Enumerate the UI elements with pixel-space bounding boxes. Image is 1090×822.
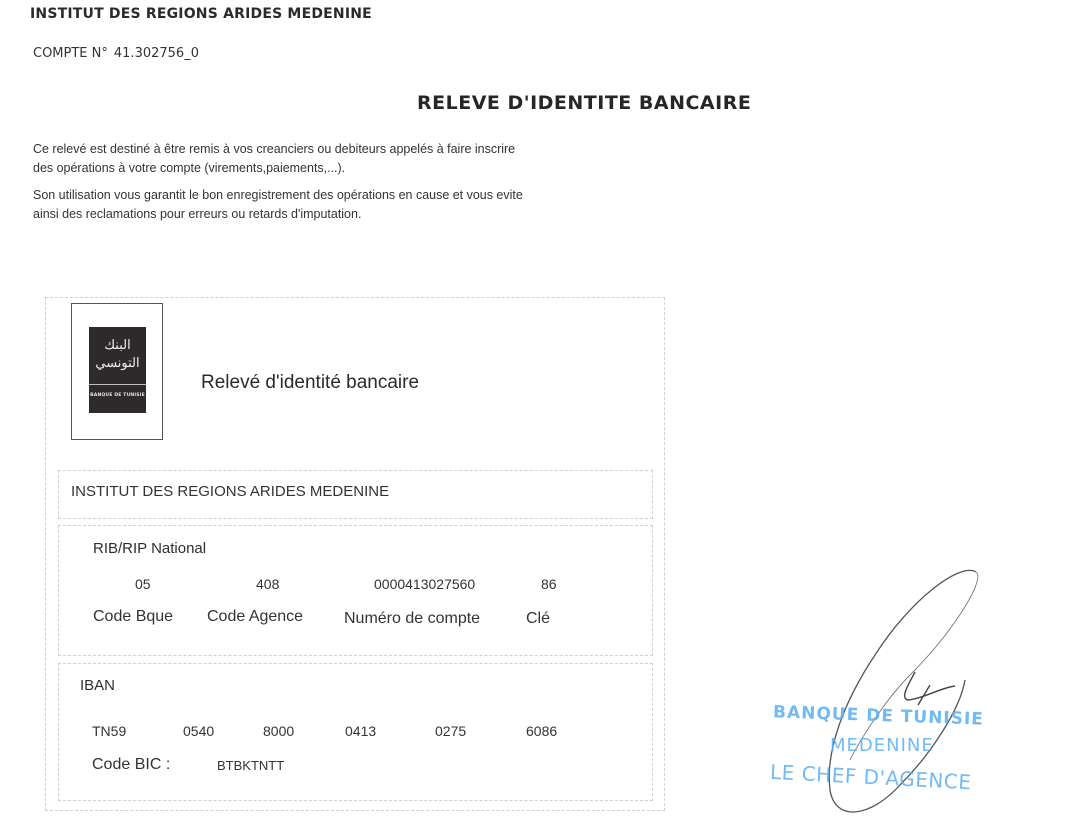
rib-cle: 86	[541, 576, 557, 592]
stamp-line-2: MEDENINE	[830, 735, 934, 756]
account-label: COMPTE N°	[33, 46, 108, 61]
iban-group-3: 8000	[263, 723, 294, 739]
document-title: RELEVE D'IDENTITE BANCAIRE	[417, 92, 751, 114]
bank-logo-latin: BANQUE DE TUNISIE	[89, 393, 146, 398]
rib-code-banque: 05	[135, 576, 151, 592]
intro-paragraph-2: Son utilisation vous garantit le bon enr…	[33, 185, 523, 223]
intro-p2-line2: ainsi des reclamations pour erreurs ou r…	[33, 204, 523, 223]
rib-label-code-banque: Code Bque	[93, 608, 173, 626]
iban-group-1: TN59	[92, 723, 126, 739]
rib-label-cle: Clé	[526, 610, 550, 628]
bank-logo-block: البنك التونسي BANQUE DE TUNISIE	[89, 327, 146, 413]
iban-group-6: 6086	[526, 723, 557, 739]
rib-section-label: RIB/RIP National	[93, 540, 206, 557]
card-title: Relevé d'identité bancaire	[201, 372, 419, 394]
iban-section-label: IBAN	[80, 677, 115, 694]
account-line: COMPTE N°41.302756_0	[33, 46, 199, 61]
rib-code-agence: 408	[256, 576, 279, 592]
organization-name: INSTITUT DES REGIONS ARIDES MEDENINE	[30, 6, 372, 22]
rib-numero-compte: 0000413027560	[374, 576, 475, 592]
intro-paragraph-1: Ce relevé est destiné à être remis à vos…	[33, 139, 515, 177]
iban-group-5: 0275	[435, 723, 466, 739]
bank-logo-arabic: البنك التونسي	[89, 337, 146, 373]
bic-label: Code BIC :	[92, 756, 170, 774]
bank-logo-separator	[89, 384, 146, 385]
account-holder: INSTITUT DES REGIONS ARIDES MEDENINE	[71, 483, 389, 500]
account-number: 41.302756_0	[114, 46, 199, 61]
intro-p2-line1: Son utilisation vous garantit le bon enr…	[33, 185, 523, 204]
iban-group-4: 0413	[345, 723, 376, 739]
intro-p1-line1: Ce relevé est destiné à être remis à vos…	[33, 139, 515, 158]
bank-logo: البنك التونسي BANQUE DE TUNISIE	[71, 303, 163, 440]
iban-group-2: 0540	[183, 723, 214, 739]
intro-p1-line2: des opérations à votre compte (virements…	[33, 158, 515, 177]
rib-label-code-agence: Code Agence	[207, 608, 303, 626]
rib-label-numero-compte: Numéro de compte	[344, 610, 480, 628]
bic-value: BTBKTNTT	[217, 758, 284, 773]
